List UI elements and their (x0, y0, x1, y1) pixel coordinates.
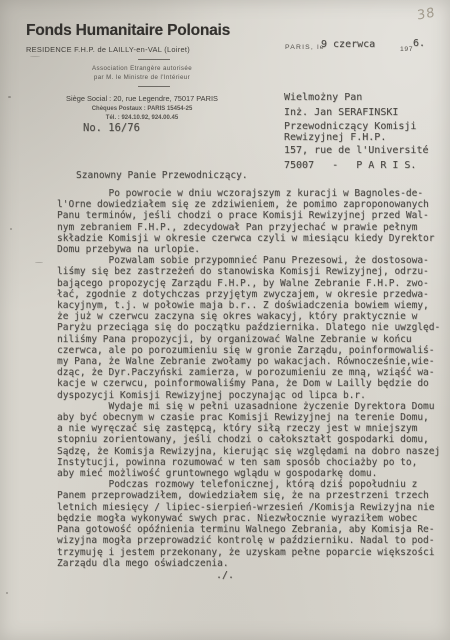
dateline-typed-year-digit: 6. (413, 38, 425, 49)
residence-line: RESIDENCE F.H.P. de LAILLY-en-VAL (Loire… (26, 45, 258, 54)
paper-speck (10, 228, 12, 230)
paragraph-1: Po powrocie w dniu wczorajszym z kuracji… (57, 188, 449, 255)
association-line-1: Association Etrangère autorisée (26, 65, 258, 72)
reference-number: No. 16/76 (83, 122, 140, 134)
dateline-printed-city: PARIS, le (285, 44, 325, 51)
paper-speck (6, 592, 8, 594)
dateline-printed-year: 197 (400, 46, 413, 53)
recipient-title-line-2: Rewizyjnej F.H.P. (284, 132, 386, 143)
paragraph-3: Wydaje mi się w pełni uzasadnione życzen… (57, 401, 449, 479)
paper-speck (35, 262, 43, 263)
organization-name: Fonds Humanitaire Polonais (26, 22, 258, 40)
letter-body: Po powrocie w dniu wczorajszym z kuracji… (57, 188, 449, 569)
letterhead-divider (138, 59, 170, 60)
letterhead: Fonds Humanitaire Polonais RESIDENCE F.H… (26, 22, 258, 121)
dateline-typed-date: 9 czerwca (321, 39, 375, 50)
recipient-honorific: Wielmożny Pan (284, 92, 362, 103)
recipient-name: Inż. Jan SERAFINSKI (284, 107, 398, 118)
cheques-postaux-line: Chèques Postaux : PARIS 15454-25 (26, 106, 258, 112)
association-line-2: par M. le Ministre de l'Intérieur (26, 74, 258, 81)
paper-speck (8, 96, 11, 98)
siege-social-line: Siège Social : 20, rue Legendre, 75017 P… (26, 94, 258, 103)
paragraph-4: Podczas rozmowy telefonicznej, którą dzi… (57, 479, 449, 569)
recipient-title-line-1: Przewodniczący Komisji (284, 121, 416, 132)
handwritten-page-number: 38 (417, 5, 436, 23)
letterhead-divider (138, 86, 170, 87)
scanned-letter-page: 38 Fonds Humanitaire Polonais RESIDENCE … (0, 0, 450, 640)
closing-mark: ./. (0, 570, 450, 581)
telephone-line: Tél. : 924.10.92, 924.00.45 (26, 115, 258, 121)
salutation: Szanowny Panie Przewodniczący. (76, 170, 248, 181)
recipient-city: 75007 - P A R I S. (284, 160, 416, 171)
paragraph-2: Pozwalam sobie przypomnieć Panu Prezesow… (57, 255, 449, 401)
paper-speck (30, 56, 40, 57)
recipient-street: 157, rue de l'Université (284, 145, 429, 156)
